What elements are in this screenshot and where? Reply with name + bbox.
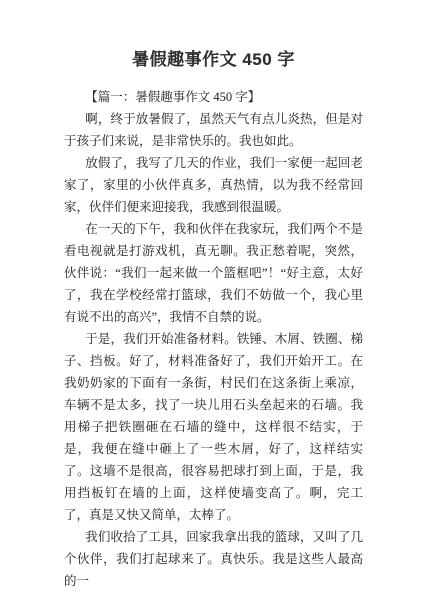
section-header: 【篇一：暑假趣事作文 450 字】 (64, 86, 363, 108)
essay-paragraph: 在一天的下午，我和伙伴在我家玩，我们两个不是看电视就是打游戏机，真无聊。我正愁着… (64, 218, 363, 328)
essay-paragraph: 于是，我们开始准备材料。铁锤、木屑、铁圈、梯子、挡板。好了，材料准备好了，我们开… (64, 328, 363, 526)
essay-paragraph: 我们收拾了工具，回家我拿出我的篮球，又叫了几个伙伴，我们打起球来了。真快乐。我是… (64, 526, 363, 592)
document-page: 暑假趣事作文 450 字 【篇一：暑假趣事作文 450 字】 啊，终于放暑假了，… (0, 0, 424, 600)
essay-paragraph: 啊，终于放暑假了，虽然天气有点儿炎热，但是对于孩子们来说，是非常快乐的。我也如此… (64, 108, 363, 152)
essay-title: 暑假趣事作文 450 字 (64, 48, 363, 72)
essay-body: 啊，终于放暑假了，虽然天气有点儿炎热，但是对于孩子们来说，是非常快乐的。我也如此… (64, 108, 363, 592)
essay-paragraph: 放假了，我写了几天的作业，我们一家便一起回老家了，家里的小伙伴真多，真热情，以为… (64, 152, 363, 218)
